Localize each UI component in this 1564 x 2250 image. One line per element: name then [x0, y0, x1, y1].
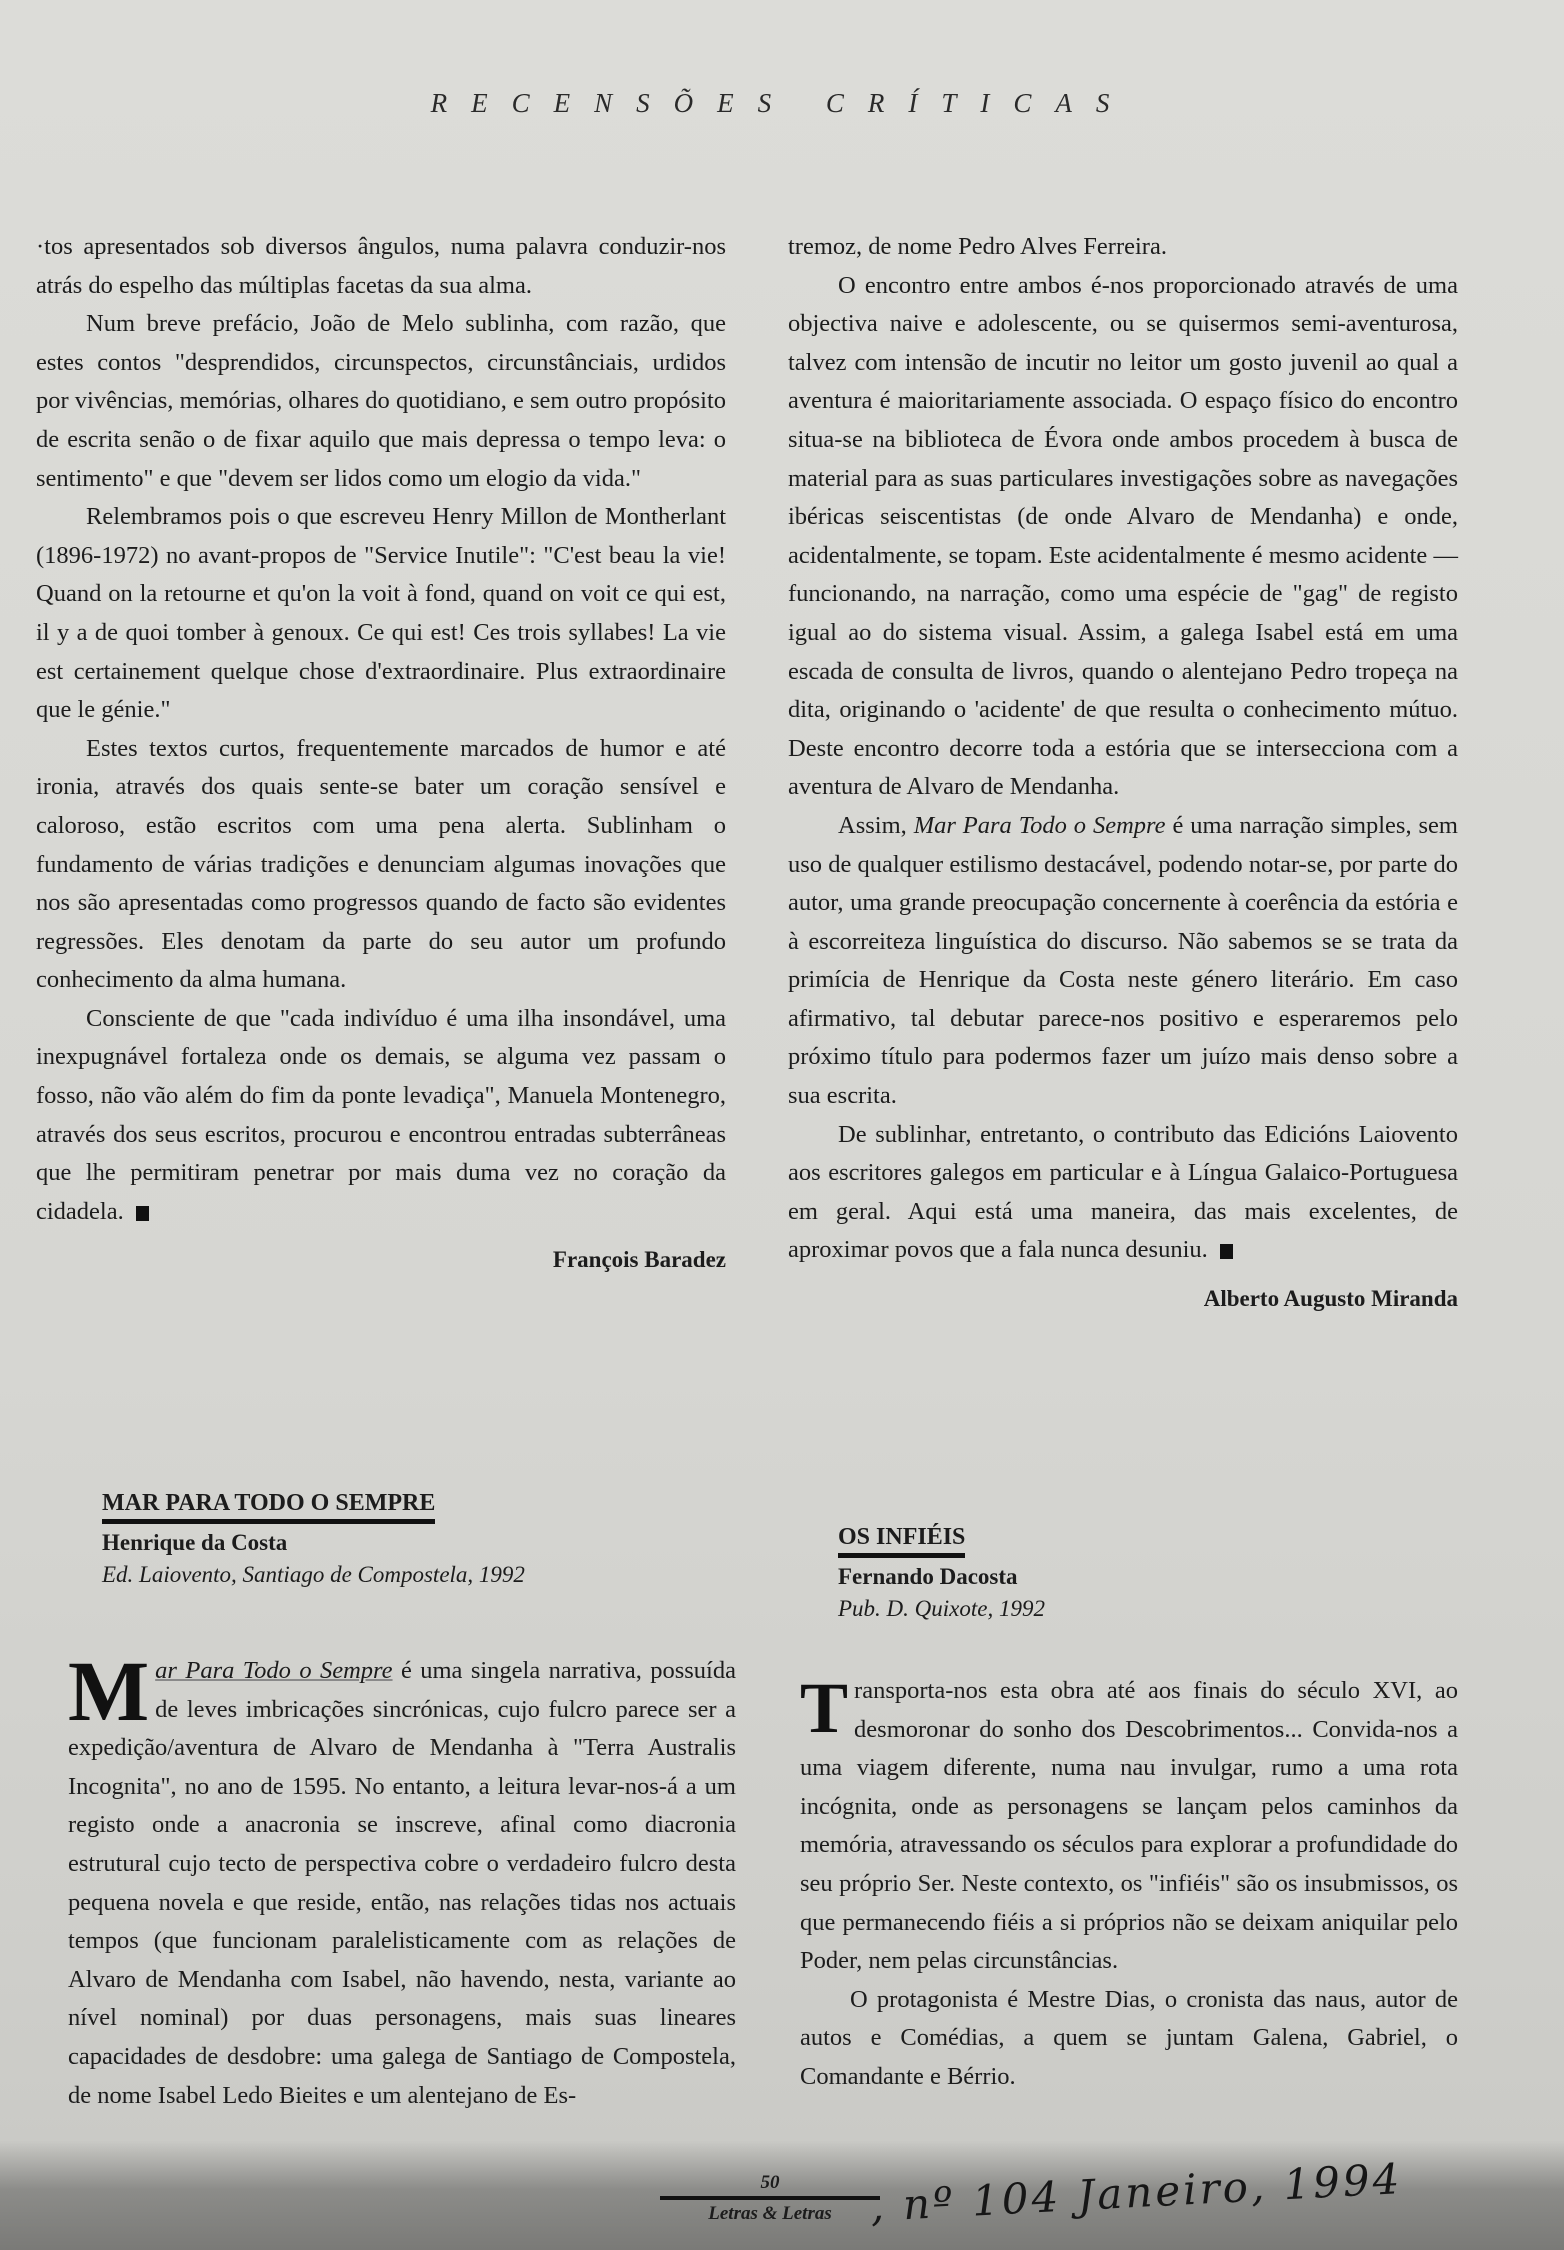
- paragraph: Mar Para Todo o Sempre é uma singela nar…: [68, 1652, 736, 2115]
- review-author: Fernando Dacosta: [838, 1564, 1045, 1590]
- paragraph: tremoz, de nome Pedro Alves Ferreira.: [788, 228, 1458, 267]
- paragraph: Num breve prefácio, João de Melo sublinh…: [36, 305, 726, 498]
- right-column: tremoz, de nome Pedro Alves Ferreira. O …: [788, 228, 1458, 1319]
- paragraph: Transporta-nos esta obra até aos finais …: [800, 1672, 1458, 1981]
- paragraph-text: é uma narração simples, sem uso de qualq…: [788, 812, 1458, 1109]
- page-footer: 50 Letras & Letras: [660, 2172, 880, 2225]
- footer-rule: [660, 2196, 880, 2200]
- book-title-italic: Mar Para Todo o Sempre: [914, 812, 1166, 839]
- review-publisher: Pub. D. Quixote, 1992: [838, 1596, 1045, 1622]
- book-title-italic: ar Para Todo o Sempre: [155, 1657, 392, 1684]
- paragraph-text: Consciente de que "cada indivíduo é uma …: [36, 1005, 726, 1225]
- review-title: OS INFIÉIS: [838, 1524, 965, 1558]
- drop-cap: M: [68, 1658, 149, 1724]
- left-column: ·tos apresentados sob diversos ângulos, …: [36, 228, 726, 1280]
- review-body-infieis: Transporta-nos esta obra até aos finais …: [800, 1672, 1458, 2097]
- scanned-page: RECENSÕES CRÍTICAS ·tos apresentados sob…: [0, 0, 1564, 2250]
- paragraph: Assim, Mar Para Todo o Sempre é uma narr…: [788, 807, 1458, 1116]
- magazine-name: Letras & Letras: [660, 2203, 880, 2225]
- review-body-mar: Mar Para Todo o Sempre é uma singela nar…: [68, 1652, 736, 2115]
- paragraph-text: De sublinhar, entretanto, o contributo d…: [788, 1121, 1458, 1264]
- signature: Alberto Augusto Miranda: [788, 1280, 1458, 1319]
- review-author: Henrique da Costa: [102, 1530, 525, 1556]
- paragraph-with-end-mark: Consciente de que "cada indivíduo é uma …: [36, 1000, 726, 1232]
- paragraph: O encontro entre ambos é-nos proporciona…: [788, 267, 1458, 807]
- review-heading-infieis: OS INFIÉIS Fernando Dacosta Pub. D. Quix…: [838, 1524, 1045, 1622]
- running-head: RECENSÕES CRÍTICAS: [0, 88, 1564, 119]
- review-heading-mar: MAR PARA TODO O SEMPRE Henrique da Costa…: [102, 1490, 525, 1588]
- review-title: MAR PARA TODO O SEMPRE: [102, 1490, 435, 1524]
- end-of-article-mark-icon: [1220, 1244, 1233, 1259]
- paragraph-text: ransporta-nos esta obra até aos finais d…: [800, 1677, 1458, 1974]
- paragraph-with-end-mark: De sublinhar, entretanto, o contributo d…: [788, 1116, 1458, 1270]
- paragraph-text: Assim,: [838, 812, 914, 839]
- review-publisher: Ed. Laiovento, Santiago de Compostela, 1…: [102, 1562, 525, 1588]
- signature: François Baradez: [36, 1241, 726, 1280]
- paragraph: O protagonista é Mestre Dias, o cronista…: [800, 1981, 1458, 2097]
- paragraph: ·tos apresentados sob diversos ângulos, …: [36, 228, 726, 305]
- end-of-article-mark-icon: [136, 1206, 149, 1221]
- drop-cap: T: [800, 1678, 848, 1738]
- page-number: 50: [660, 2172, 880, 2194]
- paragraph-text: é uma singela narrativa, possuída de lev…: [68, 1657, 736, 2109]
- paragraph: Relembramos pois o que escreveu Henry Mi…: [36, 498, 726, 730]
- paragraph: Estes textos curtos, frequentemente marc…: [36, 730, 726, 1000]
